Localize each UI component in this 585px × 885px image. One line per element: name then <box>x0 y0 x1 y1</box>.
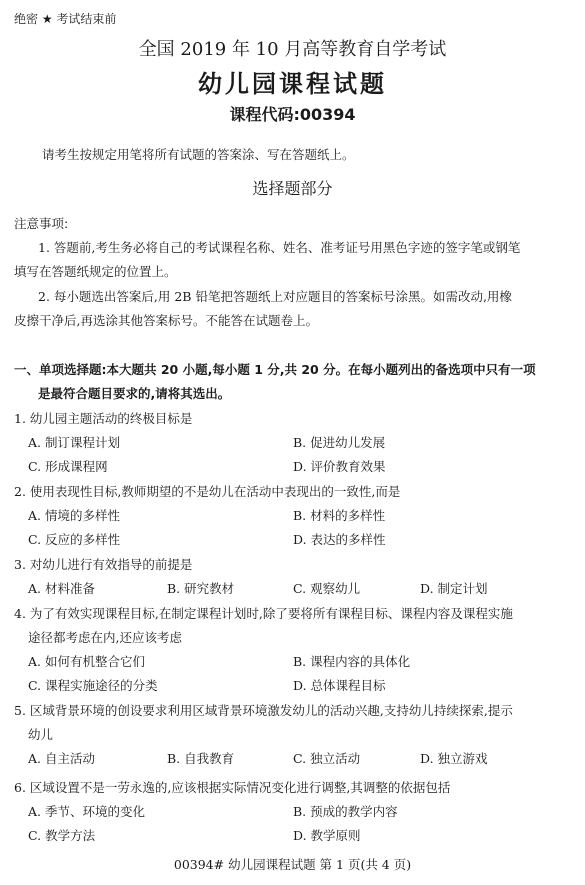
question-3-option-a: A. 材料准备 <box>28 579 95 597</box>
question-5-stem-line-2: 幼儿 <box>28 725 53 743</box>
question-2-stem: 2. 使用表现性目标,教师期望的不是幼儿在活动中表现出的一致性,而是 <box>14 482 400 500</box>
notes-heading: 注意事项: <box>14 214 68 232</box>
question-3-stem: 3. 对幼儿进行有效指导的前提是 <box>14 555 192 573</box>
section-title: 选择题部分 <box>0 176 585 199</box>
confidential-label: 绝密 ★ 考试结束前 <box>14 10 116 27</box>
note-1-line-2: 填写在答题纸规定的位置上。 <box>14 262 177 280</box>
question-6-stem: 6. 区域设置不是一劳永逸的,应该根据实际情况变化进行调整,其调整的依据包括 <box>14 778 450 796</box>
question-4-stem-line-2: 途径都考虑在内,还应该考虑 <box>28 628 182 646</box>
part-one-header-line-2: 是最符合题目要求的,请将其选出。 <box>38 384 230 402</box>
question-2-option-a: A. 情境的多样性 <box>28 506 120 524</box>
note-2-line-1: 2. 每小题选出答案后,用 2B 铅笔把答题纸上对应题目的答案标号涂黑。如需改动… <box>38 287 512 305</box>
question-4-option-c: C. 课程实施途径的分类 <box>28 676 158 694</box>
course-code: 课程代码:00394 <box>0 102 585 125</box>
question-1-option-b: B. 促进幼儿发展 <box>293 433 385 451</box>
question-2-option-b: B. 材料的多样性 <box>293 506 385 524</box>
question-2-option-c: C. 反应的多样性 <box>28 530 120 548</box>
question-2-option-d: D. 表达的多样性 <box>293 530 386 548</box>
question-4-option-a: A. 如何有机整合它们 <box>28 652 145 670</box>
note-1-line-1: 1. 答题前,考生务必将自己的考试课程名称、姓名、准考证号用黑色字迹的签字笔或钢… <box>38 238 520 256</box>
question-4-option-d: D. 总体课程目标 <box>293 676 386 694</box>
question-5-stem: 5. 区域背景环境的创设要求利用区域背景环境激发幼儿的活动兴趣,支持幼儿持续探索… <box>14 701 513 719</box>
note-2-line-2: 皮擦干净后,再选涂其他答案标号。不能答在试题卷上。 <box>14 311 318 329</box>
question-5-option-c: C. 独立活动 <box>293 749 360 767</box>
paper-title: 幼儿园课程试题 <box>0 64 585 99</box>
question-4-stem: 4. 为了有效实现课程目标,在制定课程计划时,除了要将所有课程目标、课程内容及课… <box>14 604 513 622</box>
question-1-option-c: C. 形成课程网 <box>28 457 108 475</box>
question-1-option-d: D. 评价教育效果 <box>293 457 386 475</box>
question-6-option-d: D. 教学原则 <box>293 826 361 844</box>
question-5-option-a: A. 自主活动 <box>28 749 95 767</box>
question-3-option-c: C. 观察幼儿 <box>293 579 360 597</box>
question-6-option-a: A. 季节、环境的变化 <box>28 802 145 820</box>
question-4-option-b: B. 课程内容的具体化 <box>293 652 410 670</box>
question-1-stem: 1. 幼儿园主题活动的终极目标是 <box>14 409 192 427</box>
part-one-header-line-1: 一、单项选择题:本大题共 20 小题,每小题 1 分,共 20 分。在每小题列出… <box>14 360 536 378</box>
exam-title: 全国 2019 年 10 月高等教育自学考试 <box>0 35 585 61</box>
answer-instruction: 请考生按规定用笔将所有试题的答案涂、写在答题纸上。 <box>42 145 355 163</box>
question-1-option-a: A. 制订课程计划 <box>28 433 120 451</box>
question-3-option-d: D. 制定计划 <box>420 579 488 597</box>
question-6-option-b: B. 预成的教学内容 <box>293 802 398 820</box>
question-5-option-b: B. 自我教育 <box>167 749 234 767</box>
question-3-option-b: B. 研究教材 <box>167 579 234 597</box>
page-footer: 00394# 幼儿园课程试题 第 1 页(共 4 页) <box>0 855 585 873</box>
question-5-option-d: D. 独立游戏 <box>420 749 488 767</box>
question-6-option-c: C. 教学方法 <box>28 826 95 844</box>
